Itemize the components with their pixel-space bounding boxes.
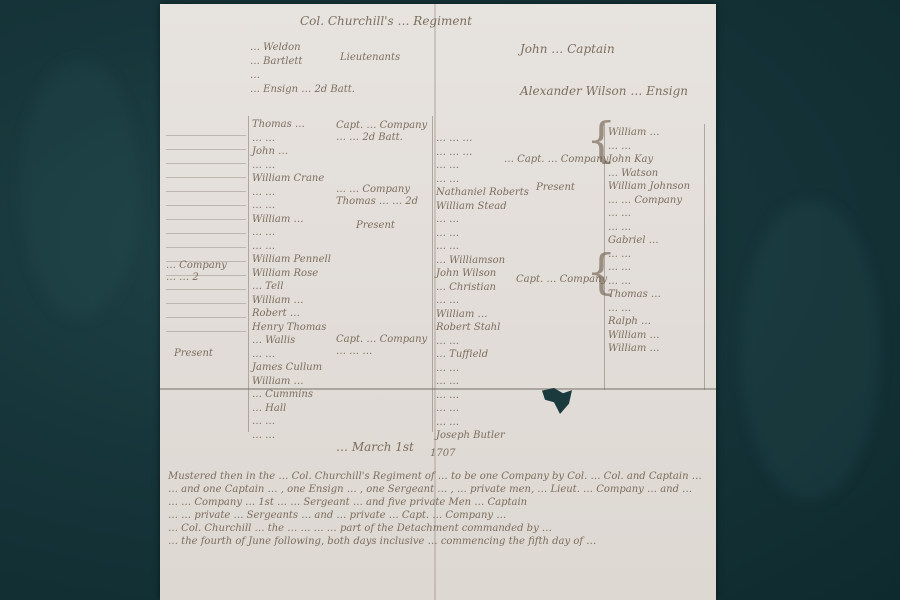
ruled-margin	[166, 122, 246, 382]
company-note: … … 2d Batt.	[336, 132, 403, 143]
soldier-name: … Watson	[608, 167, 690, 181]
name-column-2: … … … … … … … … … … Nathaniel Roberts Wi…	[436, 132, 529, 443]
soldier-name: … …	[252, 415, 331, 429]
company-note: … … Company	[336, 184, 410, 195]
soldier-name: … …	[608, 302, 690, 316]
soldier-name: … Hall	[252, 402, 331, 416]
soldier-name: … …	[252, 429, 331, 443]
soldier-name: … …	[436, 362, 529, 376]
company-note: Capt. … Company	[336, 120, 427, 131]
margin-note: Present	[174, 348, 213, 359]
paragraph-line: … Col. Churchill … the … … … … part of t…	[168, 522, 708, 535]
soldier-name: Ralph …	[608, 315, 690, 329]
soldier-name: … …	[436, 335, 529, 349]
soldier-name: Nathaniel Roberts	[436, 186, 529, 200]
margin-note: … … 2	[166, 272, 199, 283]
soldier-name: … …	[252, 132, 331, 146]
column-rule	[432, 116, 433, 432]
company-note: Thomas … … 2d	[336, 196, 418, 207]
company-note: … … …	[336, 346, 372, 357]
soldier-name: John Kay	[608, 153, 690, 167]
soldier-name: William …	[608, 126, 690, 140]
soldier-name: … …	[608, 261, 690, 275]
soldier-name: … … Company	[608, 194, 690, 208]
name-column-3: William … … … John Kay … Watson William …	[608, 126, 690, 356]
soldier-name: … …	[252, 186, 331, 200]
soldier-name: … …	[252, 199, 331, 213]
paragraph-line: … … private … Sergeants … and … private …	[168, 509, 708, 522]
soldier-name: … Tell	[252, 280, 331, 294]
soldier-name: … Christian	[436, 281, 529, 295]
soldier-name: … Williamson	[436, 254, 529, 268]
soldier-name: … Wallis	[252, 334, 331, 348]
soldier-name: Henry Thomas	[252, 321, 331, 335]
soldier-name: William …	[608, 329, 690, 343]
soldier-name: … …	[252, 348, 331, 362]
soldier-name: William Pennell	[252, 253, 331, 267]
soldier-name: … … …	[436, 132, 529, 146]
soldier-name: … …	[436, 389, 529, 403]
soldier-name: … …	[436, 173, 529, 187]
paragraph-line: Mustered then in the … Col. Churchill's …	[168, 470, 708, 483]
soldier-name: John Wilson	[436, 267, 529, 281]
soldier-name: … Tuffield	[436, 348, 529, 362]
soldier-name: William Stead	[436, 200, 529, 214]
soldier-name: … …	[436, 416, 529, 430]
soldier-name: Gabriel …	[608, 234, 690, 248]
soldier-name: … …	[252, 226, 331, 240]
soldier-name: William …	[252, 294, 331, 308]
ensign-line: Alexander Wilson … Ensign	[520, 84, 688, 98]
soldier-name: Robert Stahl	[436, 321, 529, 335]
soldier-name: William …	[436, 308, 529, 322]
paragraph-line: … the fourth of June following, both day…	[168, 535, 708, 548]
date-line: … March 1st	[336, 440, 414, 454]
paragraph-line: … and one Captain … , one Ensign … , one…	[168, 483, 708, 496]
present-note: Present	[356, 220, 395, 231]
margin-note: … Company	[166, 260, 227, 271]
soldier-name: Thomas …	[608, 288, 690, 302]
soldier-name: William Rose	[252, 267, 331, 281]
soldier-name: … …	[436, 240, 529, 254]
soldier-name: … …	[436, 213, 529, 227]
soldier-name: … …	[252, 159, 331, 173]
column-rule	[604, 124, 605, 390]
soldier-name: James Cullum	[252, 361, 331, 375]
soldier-name: … …	[608, 248, 690, 262]
soldier-name: Robert …	[252, 307, 331, 321]
soldier-name: … Cummins	[252, 388, 331, 402]
soldier-name: Joseph Butler	[436, 429, 529, 443]
paper-tear	[542, 388, 572, 414]
year-label: 1707	[430, 448, 455, 459]
soldier-name: William Crane	[252, 172, 331, 186]
captain-line: John … Captain	[520, 42, 615, 56]
cloth-background	[740, 200, 880, 500]
present-note: Present	[536, 182, 575, 193]
soldier-name: … …	[608, 207, 690, 221]
soldier-name: Thomas …	[252, 118, 331, 132]
soldier-name: … …	[436, 294, 529, 308]
soldier-name: William …	[252, 213, 331, 227]
column-rule	[248, 116, 249, 432]
soldier-name: John …	[252, 145, 331, 159]
muster-paragraph: Mustered then in the … Col. Churchill's …	[168, 470, 708, 548]
document-page: Col. Churchill's … Regiment … Weldon … B…	[160, 4, 716, 600]
soldier-name: William Johnson	[608, 180, 690, 194]
soldier-name: William …	[252, 375, 331, 389]
soldier-name: William …	[608, 342, 690, 356]
column-rule	[704, 124, 705, 390]
officer-line: … Bartlett	[250, 56, 302, 67]
soldier-name: … …	[252, 240, 331, 254]
soldier-name: … …	[436, 227, 529, 241]
regiment-title: Col. Churchill's … Regiment	[300, 14, 472, 28]
paragraph-line: … … Company … 1st … … Sergeant … and fiv…	[168, 496, 708, 509]
soldier-name: … …	[608, 140, 690, 154]
soldier-name: … …	[436, 375, 529, 389]
soldier-name: … …	[608, 221, 690, 235]
bracket-note: Lieutenants	[340, 52, 400, 63]
soldier-name: … …	[608, 275, 690, 289]
name-column-1: Thomas … … … John … … … William Crane … …	[252, 118, 331, 442]
cloth-background	[20, 60, 140, 320]
officer-line: …	[250, 70, 260, 81]
officer-line: … Ensign … 2d Batt.	[250, 84, 355, 95]
soldier-name: … …	[436, 402, 529, 416]
officer-line: … Weldon	[250, 42, 301, 53]
company-note: Capt. … Company	[336, 334, 427, 345]
